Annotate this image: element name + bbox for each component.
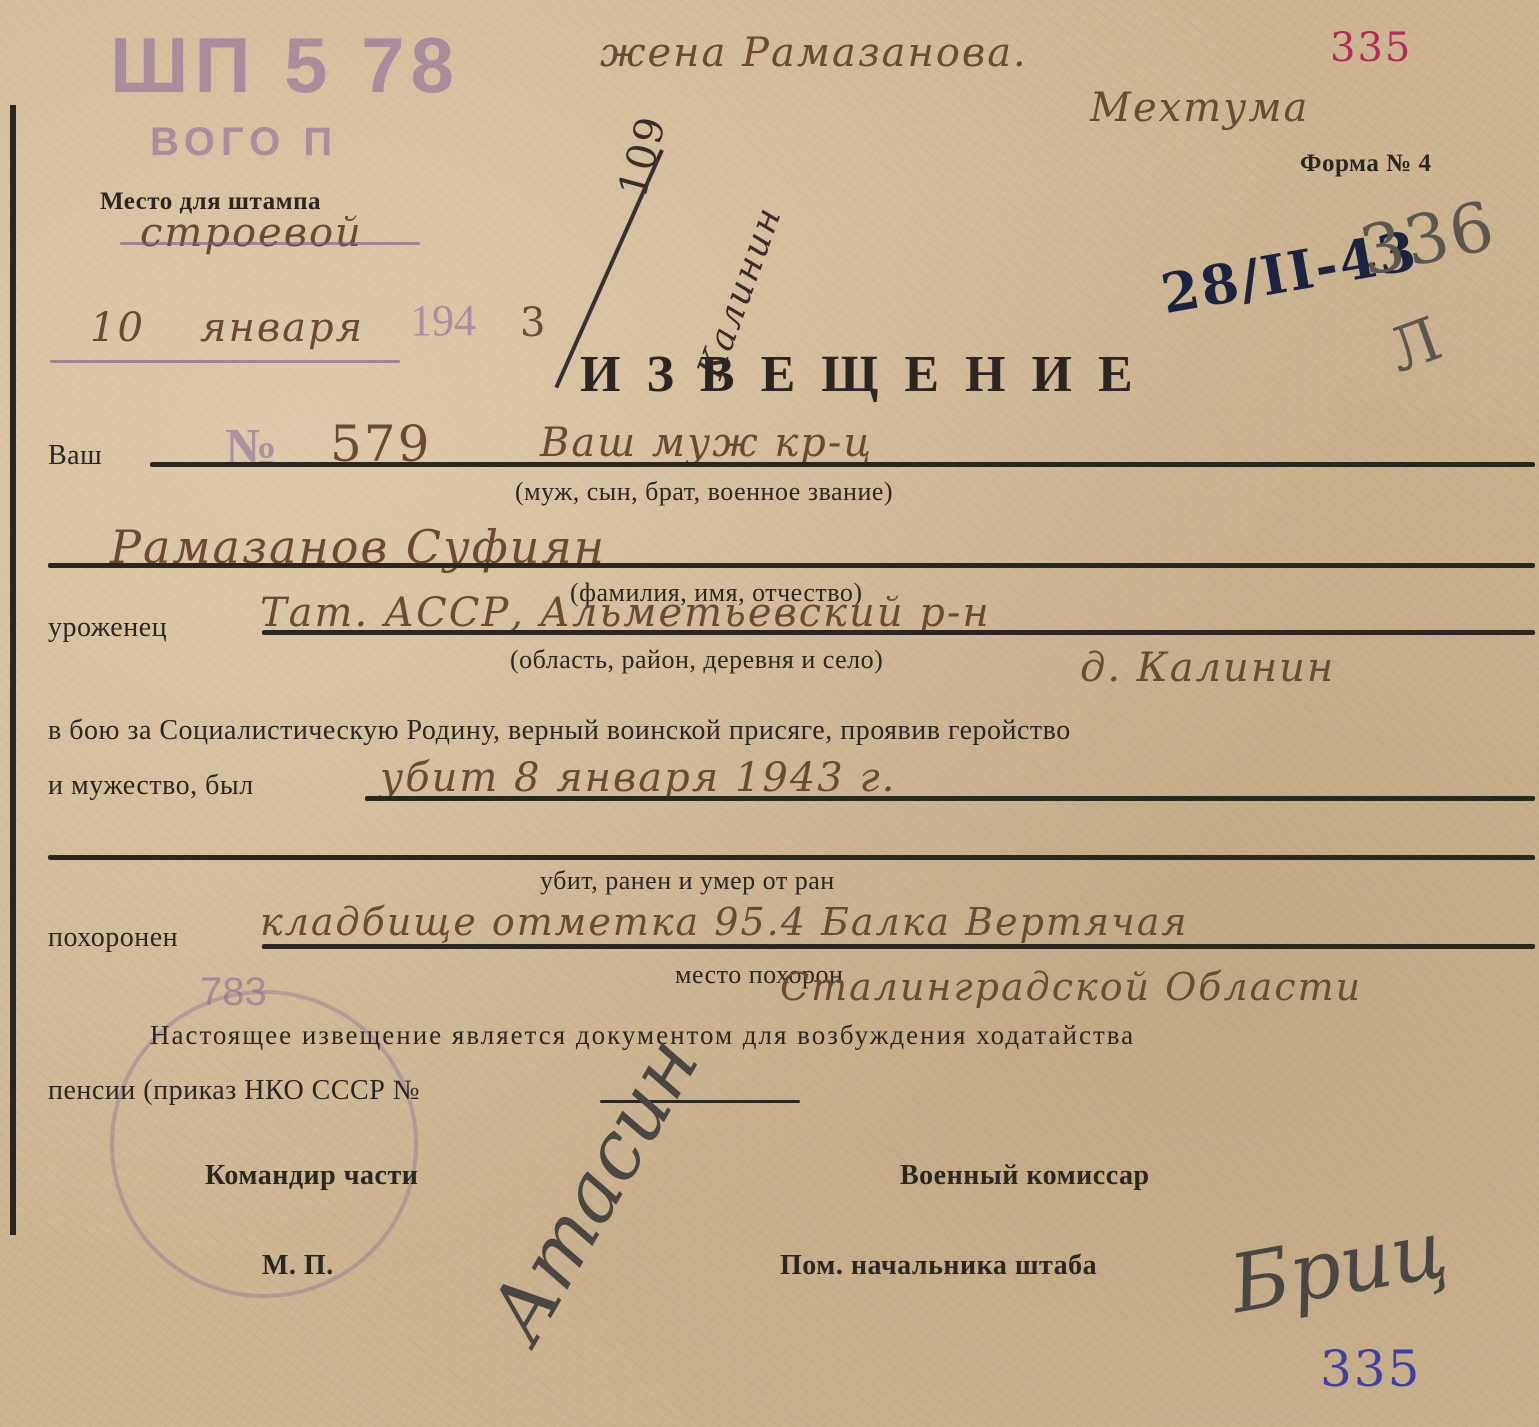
signature-assistant: Бриц	[1224, 1202, 1454, 1331]
number-prefix: №	[225, 418, 277, 477]
signature-commander: Атасин	[470, 1021, 717, 1356]
pension-text-2: пенсии (приказ НКО СССР №	[48, 1075, 420, 1107]
red-number: 335	[1330, 25, 1412, 71]
status-underline	[365, 796, 1535, 801]
recipient-line2: Мехтума	[1090, 85, 1309, 131]
assistant-label: Пом. начальника штаба	[780, 1250, 1097, 1282]
burial-value-extra: Сталинградской Области	[780, 965, 1362, 1009]
left-border-line	[10, 105, 16, 1235]
blue-number-bottom: 335	[1320, 1340, 1421, 1398]
vash-label: Ваш	[48, 440, 102, 472]
status-value: убит 8 января 1943 г.	[380, 755, 896, 801]
relation-hint: (муж, сын, брат, военное звание)	[515, 477, 893, 507]
pencil-number-336: 336	[1353, 187, 1502, 293]
relation-underline	[150, 462, 1535, 467]
seal-label: М. П.	[262, 1250, 334, 1282]
date-year-printed: 194	[410, 295, 476, 346]
document-title: ИЗВЕЩЕНИЕ	[580, 345, 1159, 404]
recipient-line1: жена Рамазанова.	[600, 30, 1028, 76]
courage-label: и мужество, был	[48, 770, 254, 802]
buried-label: похоронен	[48, 922, 178, 954]
status-hint: убит, ранен и умер от ран	[540, 866, 835, 896]
battle-text: в бою за Социалистическую Родину, верный…	[48, 715, 1071, 747]
pencil-mark: Л	[1380, 303, 1453, 387]
native-label: уроженец	[48, 612, 167, 644]
round-seal-number: 783	[200, 970, 267, 1015]
date-underline	[50, 360, 400, 363]
burial-value: кладбище отметка 95.4 Балка Вертячая	[260, 900, 1189, 944]
full-name-underline	[48, 563, 1535, 568]
place-underline	[120, 242, 420, 245]
native-underline	[262, 630, 1535, 635]
form-label: Форма № 4	[1300, 150, 1431, 178]
burial-underline	[262, 944, 1535, 949]
date-year-handwritten: 3	[520, 300, 547, 346]
commissar-label: Военный комиссар	[900, 1160, 1150, 1192]
faded-stamp-top: ШП 5 78	[110, 20, 460, 111]
notice-document: ШП 5 78 ВОГО П 783 Место для штампа стро…	[0, 0, 1539, 1427]
date-day: 10	[90, 305, 145, 351]
relation-value: Ваш муж кр-ц	[540, 420, 873, 466]
native-hint: (область, район, деревня и село)	[510, 645, 883, 675]
date-month: января	[200, 305, 364, 351]
faded-stamp-line2: ВОГО П	[150, 120, 338, 165]
status-underline-2	[48, 855, 1535, 860]
commander-label: Командир части	[205, 1160, 418, 1192]
native-value-extra: д. Калинин	[1080, 645, 1335, 691]
place-handwritten: строевой	[140, 210, 363, 256]
